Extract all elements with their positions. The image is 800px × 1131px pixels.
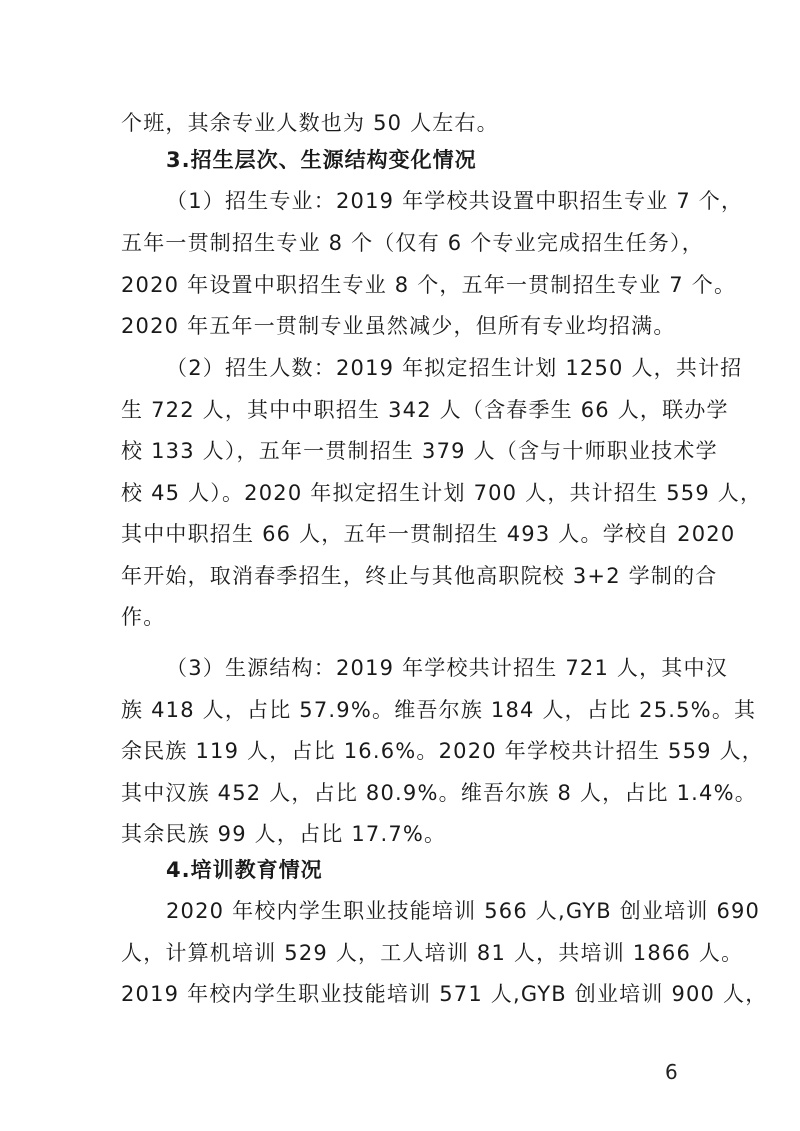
paragraph-line: 校 133 人），五年一贯制招生 379 人（含与十师职业技术学 — [121, 438, 681, 464]
paragraph-line: 2020 年校内学生职业技能培训 566 人,GYB 创业培训 690 — [166, 898, 681, 924]
paragraph-line: 其中中职招生 66 人，五年一贯制招生 493 人。学校自 2020 — [121, 521, 681, 547]
paragraph-line: 生 722 人，其中中职招生 342 人（含春季生 66 人，联办学 — [121, 397, 681, 423]
page-number: 6 — [665, 1060, 678, 1084]
paragraph-line: 族 418 人，占比 57.9%。维吾尔族 184 人，占比 25.5%。其 — [121, 697, 681, 723]
paragraph-line: 校 45 人）。2020 年拟定招生计划 700 人，共计招生 559 人， — [121, 480, 681, 506]
paragraph-line: 余民族 119 人，占比 16.6%。2020 年学校共计招生 559 人， — [121, 738, 681, 764]
paragraph-line: 作。 — [121, 604, 681, 630]
paragraph-line: 2020 年设置中职招生专业 8 个，五年一贯制招生专业 7 个。 — [121, 272, 681, 298]
paragraph-line: 个班，其余专业人数也为 50 人左右。 — [121, 110, 681, 136]
paragraph-line: 2019 年校内学生职业技能培训 571 人,GYB 创业培训 900 人， — [121, 981, 681, 1007]
paragraph-line: 其中汉族 452 人，占比 80.9%。维吾尔族 8 人，占比 1.4%。 — [121, 780, 681, 806]
paragraph-line: 2020 年五年一贯制专业虽然减少，但所有专业均招满。 — [121, 313, 681, 339]
paragraph-line: （3）生源结构：2019 年学校共计招生 721 人，其中汉 — [166, 655, 681, 681]
section-heading-3: 3.招生层次、生源结构变化情况 — [166, 147, 681, 173]
paragraph-line: 人，计算机培训 529 人，工人培训 81 人，共培训 1866 人。 — [121, 940, 681, 966]
paragraph-line: 五年一贯制招生专业 8 个（仅有 6 个专业完成招生任务）， — [121, 230, 681, 256]
paragraph-line: （1）招生专业：2019 年学校共设置中职招生专业 7 个， — [166, 188, 681, 214]
document-page: 个班，其余专业人数也为 50 人左右。 3.招生层次、生源结构变化情况 （1）招… — [0, 0, 800, 1131]
section-heading-4: 4.培训教育情况 — [166, 857, 681, 883]
paragraph-line: 其余民族 99 人，占比 17.7%。 — [121, 821, 681, 847]
paragraph-line: （2）招生人数：2019 年拟定招生计划 1250 人，共计招 — [166, 355, 681, 381]
paragraph-line: 年开始，取消春季招生，终止与其他高职院校 3+2 学制的合 — [121, 563, 681, 589]
